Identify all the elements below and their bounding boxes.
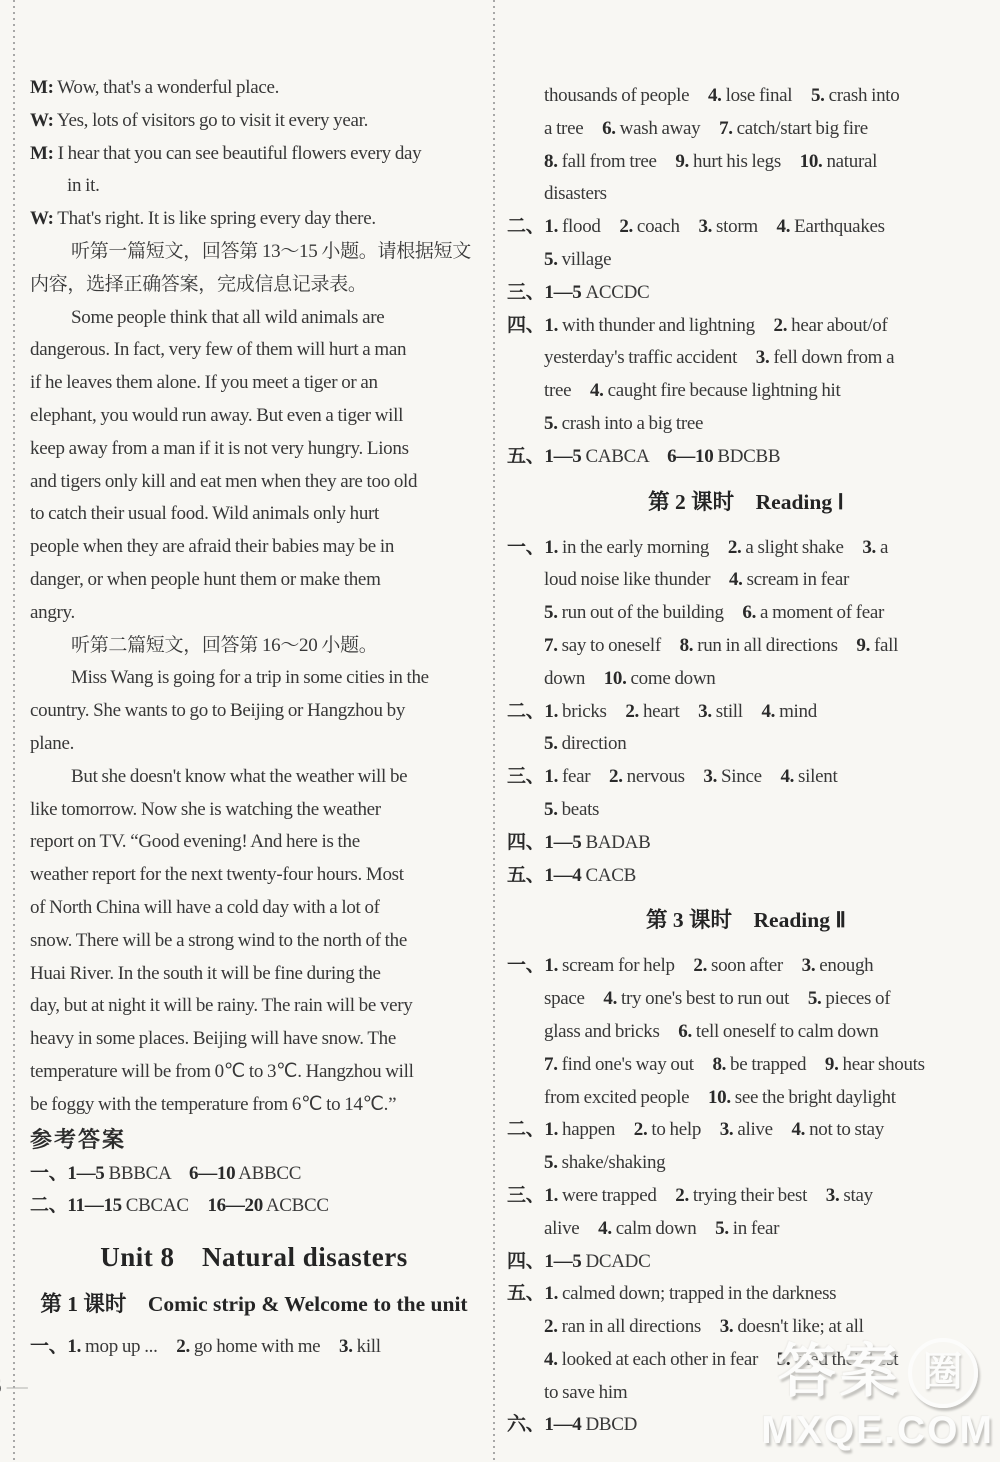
text-line: and tigers only kill and eat men when th… xyxy=(30,466,478,499)
text-segment: go home with me xyxy=(190,1336,339,1357)
text-line: 听第二篇短文，回答第 16～20 小题。 xyxy=(30,630,478,663)
text-segment: disasters xyxy=(544,183,607,204)
text-line: But she doesn't know what the weather wi… xyxy=(30,761,478,794)
text-segment: 第 1 课时 Comic strip & Welcome to the unit xyxy=(40,1292,467,1316)
text-segment: CACB xyxy=(582,865,637,886)
text-segment: Since xyxy=(717,766,780,787)
answer-marker: 二、1. xyxy=(507,701,558,722)
answer-marker: 6—10 xyxy=(189,1163,235,1184)
answer-marker: 4. xyxy=(729,569,743,590)
text-segment: fall from tree xyxy=(558,151,676,172)
answer-marker: 7. xyxy=(544,1054,558,1075)
answer-marker: 10. xyxy=(708,1087,731,1108)
answer-marker: 2. xyxy=(619,216,633,237)
text-line: danger, or when people hunt them or make… xyxy=(30,564,478,597)
answer-marker: 4. xyxy=(590,380,604,401)
answer-marker: 7. xyxy=(719,118,733,139)
answer-marker: 五、1—5 xyxy=(507,446,582,467)
text-line: 5. village xyxy=(507,244,985,277)
text-segment: a xyxy=(876,537,888,558)
text-line: 五、1. calmed down; trapped in the darknes… xyxy=(507,1278,985,1311)
lesson3-heading: 第 3 课时 Reading Ⅱ xyxy=(507,902,985,938)
text-line: glass and bricks 6. tell oneself to calm… xyxy=(507,1016,985,1049)
answer-marker: 5. xyxy=(544,413,558,434)
text-segment: hear shouts xyxy=(839,1054,925,1075)
text-segment: try one's best to run out xyxy=(617,988,808,1009)
scanned-answer-page: M: Wow, that's a wonderful place.W: Yes,… xyxy=(0,0,1000,1462)
text-segment: natural xyxy=(823,151,878,172)
answer-marker: 2. xyxy=(544,1316,558,1337)
text-segment: Some people think that all wild animals … xyxy=(71,307,384,328)
text-segment: scream in fear xyxy=(743,569,849,590)
answer-marker: 5. xyxy=(544,733,558,754)
text-segment: DBCD xyxy=(582,1414,638,1435)
text-line: 四、1. with thunder and lightning 2. hear … xyxy=(507,310,985,343)
answer-marker: 5. xyxy=(811,85,825,106)
answer-marker: 4. xyxy=(603,988,617,1009)
text-segment: ABBCC xyxy=(235,1163,301,1184)
text-segment: trying their best xyxy=(689,1185,826,1206)
text-segment: a tree xyxy=(544,118,602,139)
text-line: Some people think that all wild animals … xyxy=(30,302,478,335)
answer-marker: 三、1. xyxy=(507,1185,558,1206)
answer-marker: 3. xyxy=(720,1316,734,1337)
text-line: 7. find one's way out 8. be trapped 9. h… xyxy=(507,1049,985,1082)
text-segment: come down xyxy=(627,668,716,689)
text-segment: in it. xyxy=(67,175,100,196)
text-line: 四、1—5 BADAB xyxy=(507,827,985,860)
text-segment: country. She wants to go to Beijing or H… xyxy=(30,700,405,721)
text-line: report on TV. “Good evening! And here is… xyxy=(30,826,478,859)
answer-marker: 四、1. xyxy=(507,315,558,336)
text-line: heavy in some places. Beijing will have … xyxy=(30,1023,478,1056)
text-line: a tree 6. wash away 7. catch/start big f… xyxy=(507,113,985,146)
answer-marker: 2. xyxy=(609,766,623,787)
text-line: W: That's right. It is like spring every… xyxy=(30,203,478,236)
text-line: yesterday's traffic accident 3. fell dow… xyxy=(507,342,985,375)
page-number-value: 6 xyxy=(0,1374,2,1398)
answer-marker: 5. xyxy=(808,988,822,1009)
text-segment: 第 3 课时 Reading Ⅱ xyxy=(646,908,846,932)
text-segment: ACBCC xyxy=(263,1195,329,1216)
text-segment: fall xyxy=(870,635,898,656)
answer-marker: 6. xyxy=(602,118,616,139)
text-line: 三、1—5 ACCDC xyxy=(507,277,985,310)
answer-marker: 6. xyxy=(742,602,756,623)
text-line: 5. beats xyxy=(507,794,985,827)
text-line: people when they are afraid their babies… xyxy=(30,531,478,564)
answer-marker: 8. xyxy=(680,635,694,656)
left-column: M: Wow, that's a wonderful place.W: Yes,… xyxy=(30,72,478,1364)
answer-marker: 2. xyxy=(728,537,742,558)
answer-marker: 10. xyxy=(800,151,823,172)
text-segment: hear about/of xyxy=(787,315,887,336)
answer-marker: 6—10 xyxy=(667,446,713,467)
answer-marker: 9. xyxy=(856,635,870,656)
text-line: 一、1. in the early morning 2. a slight sh… xyxy=(507,532,985,565)
text-line: from excited people 10. see the bright d… xyxy=(507,1082,985,1115)
answer-marker: 二、1. xyxy=(507,1119,558,1140)
reference-answers-heading: 参考答案 xyxy=(30,1122,478,1158)
text-segment: doesn't like; at all xyxy=(733,1316,863,1337)
text-segment: alive xyxy=(733,1119,791,1140)
text-segment: Miss Wang is going for a trip in some ci… xyxy=(71,667,429,688)
answer-marker: 5. xyxy=(544,1152,558,1173)
text-line: M: Wow, that's a wonderful place. xyxy=(30,72,478,105)
text-segment: hurt his legs xyxy=(689,151,800,172)
text-segment: in fear xyxy=(729,1218,779,1239)
text-segment: bricks xyxy=(558,701,625,722)
answer-marker: W: xyxy=(30,110,54,131)
text-segment: ACCDC xyxy=(582,282,650,303)
text-line: in it. xyxy=(30,170,478,203)
text-segment: to help xyxy=(647,1119,719,1140)
answer-marker: 2. xyxy=(675,1185,689,1206)
text-segment: glass and bricks xyxy=(544,1021,678,1042)
text-segment: scream for help xyxy=(558,955,693,976)
text-segment: run out of the building xyxy=(558,602,743,623)
text-line: Huai River. In the south it will be fine… xyxy=(30,958,478,991)
text-segment: to catch their usual food. Wild animals … xyxy=(30,503,379,524)
watermark-cn-text: 答案圈 xyxy=(761,1338,994,1408)
answer-marker: M: xyxy=(30,143,54,164)
text-segment: tree xyxy=(544,380,590,401)
text-segment: a moment of fear xyxy=(756,602,884,623)
answer-marker: 2. xyxy=(625,701,639,722)
text-segment: happen xyxy=(558,1119,634,1140)
answer-marker: 2. xyxy=(634,1119,648,1140)
answer-marker: 4. xyxy=(777,216,791,237)
text-segment: catch/start big fire xyxy=(733,118,868,139)
text-segment: space xyxy=(544,988,603,1009)
answer-marker: 六、1—4 xyxy=(507,1414,582,1435)
text-line: dangerous. In fact, very few of them wil… xyxy=(30,334,478,367)
lesson1-heading: 第 1 课时 Comic strip & Welcome to the unit xyxy=(30,1287,478,1321)
text-line: loud noise like thunder 4. scream in fea… xyxy=(507,564,985,597)
answer-marker: 4. xyxy=(791,1119,805,1140)
text-segment: angry. xyxy=(30,602,75,623)
text-segment: snow. There will be a strong wind to the… xyxy=(30,930,407,951)
text-segment: and tigers only kill and eat men when th… xyxy=(30,471,417,492)
text-segment: I hear that you can see beautiful flower… xyxy=(54,143,422,164)
text-segment: 内容，选择正确答案，完成信息记录表。 xyxy=(30,274,367,295)
text-line: keep away from a man if it is not very h… xyxy=(30,433,478,466)
answer-marker: 五、1—4 xyxy=(507,865,582,886)
text-segment: like tomorrow. Now she is watching the w… xyxy=(30,799,381,820)
text-segment: crash into xyxy=(825,85,900,106)
text-segment: dangerous. In fact, very few of them wil… xyxy=(30,339,406,360)
text-segment: soon after xyxy=(707,955,802,976)
text-line: elephant, you would run away. But even a… xyxy=(30,400,478,433)
text-line: 五、1—5 CABCA 6—10 BDCBB xyxy=(507,441,985,474)
answer-marker: 7. xyxy=(544,635,558,656)
answer-marker: 9. xyxy=(675,151,689,172)
text-segment: Yes, lots of visitors go to visit it eve… xyxy=(54,110,368,131)
answer-marker: 一、1. xyxy=(507,537,558,558)
text-segment: thousands of people xyxy=(544,85,708,106)
text-line: 5. run out of the building 6. a moment o… xyxy=(507,597,985,630)
text-segment: a slight shake xyxy=(741,537,862,558)
text-segment: DCADC xyxy=(582,1251,651,1272)
text-segment: 听第一篇短文，回答第 13～15 小题。请根据短文 xyxy=(71,241,471,262)
text-line: 7. say to oneself 8. run in all directio… xyxy=(507,630,985,663)
text-line: 三、1. fear 2. nervous 3. Since 4. silent xyxy=(507,761,985,794)
answer-marker: 3. xyxy=(756,347,770,368)
text-line: thousands of people 4. lose final 5. cra… xyxy=(507,80,985,113)
text-segment: report on TV. “Good evening! And here is… xyxy=(30,831,360,852)
left-dotted-rule xyxy=(13,0,15,1462)
text-segment: fear xyxy=(558,766,609,787)
text-segment: from excited people xyxy=(544,1087,708,1108)
text-line: day, but at night it will be rainy. The … xyxy=(30,990,478,1023)
text-segment: 参考答案 xyxy=(30,1127,126,1152)
text-segment: temperature will be from 0℃ to 3℃. Hangz… xyxy=(30,1061,414,1082)
answer-marker: 一、1. xyxy=(507,955,558,976)
text-segment: crash into a big tree xyxy=(558,413,703,434)
text-line: W: Yes, lots of visitors go to visit it … xyxy=(30,105,478,138)
text-segment: enough xyxy=(815,955,873,976)
answer-marker: 二、11—15 xyxy=(30,1195,122,1216)
text-segment: calm down xyxy=(612,1218,715,1239)
text-segment: storm xyxy=(712,216,776,237)
text-segment: in the early morning xyxy=(558,537,728,558)
watermark-circle-badge: 圈 xyxy=(908,1338,978,1408)
text-segment: to save him xyxy=(544,1382,627,1403)
text-segment: But she doesn't know what the weather wi… xyxy=(71,766,407,787)
answer-marker: 4. xyxy=(598,1218,612,1239)
answer-marker: 2. xyxy=(176,1336,190,1357)
answer-marker: 四、1—5 xyxy=(507,1251,582,1272)
unit-heading: Unit 8 Natural disasters xyxy=(30,1237,478,1277)
text-line: angry. xyxy=(30,597,478,630)
text-line: 二、1. flood 2. coach 3. storm 4. Earthqua… xyxy=(507,211,985,244)
answer-marker: 4. xyxy=(708,85,722,106)
watermark: 答案圈 MXQE.COM xyxy=(761,1338,994,1454)
column-divider-dotted-rule xyxy=(493,0,495,1462)
answer-marker: 16—20 xyxy=(207,1195,263,1216)
text-segment: BBBCA xyxy=(105,1163,190,1184)
text-line: down 10. come down xyxy=(507,663,985,696)
text-line: tree 4. caught fire because lightning hi… xyxy=(507,375,985,408)
answer-marker: 9. xyxy=(825,1054,839,1075)
text-segment: plane. xyxy=(30,733,74,754)
answer-marker: 3. xyxy=(862,537,876,558)
answer-marker: 5. xyxy=(544,602,558,623)
text-segment: mop up ... xyxy=(81,1336,176,1357)
text-segment: if he leaves them alone. If you meet a t… xyxy=(30,372,378,393)
text-line: 三、1. were trapped 2. trying their best 3… xyxy=(507,1180,985,1213)
answer-marker: 三、1. xyxy=(507,766,558,787)
text-line: disasters xyxy=(507,178,985,211)
text-line: country. She wants to go to Beijing or H… xyxy=(30,695,478,728)
text-segment: say to oneself xyxy=(558,635,680,656)
text-segment: mind xyxy=(775,701,817,722)
answer-marker: 8. xyxy=(544,151,558,172)
answer-marker: 6. xyxy=(678,1021,692,1042)
text-segment: people when they are afraid their babies… xyxy=(30,536,394,557)
lesson2-heading: 第 2 课时 Reading Ⅰ xyxy=(507,484,985,520)
text-segment: direction xyxy=(558,733,627,754)
text-line: 一、1. mop up ... 2. go home with me 3. ki… xyxy=(30,1331,478,1364)
text-segment: alive xyxy=(544,1218,598,1239)
text-segment: find one's way out xyxy=(558,1054,713,1075)
text-line: 听第一篇短文，回答第 13～15 小题。请根据短文 xyxy=(30,236,478,269)
answer-marker: 5. xyxy=(544,799,558,820)
text-segment: be trapped xyxy=(726,1054,825,1075)
text-line: 5. direction xyxy=(507,728,985,761)
text-segment: be foggy with the temperature from 6℃ to… xyxy=(30,1094,396,1115)
answer-marker: 4. xyxy=(761,701,775,722)
text-segment: fell down from a xyxy=(769,347,894,368)
text-line: M: I hear that you can see beautiful flo… xyxy=(30,138,478,171)
text-segment: CABCA xyxy=(582,446,668,467)
right-column: thousands of people 4. lose final 5. cra… xyxy=(507,80,985,1442)
text-line: like tomorrow. Now she is watching the w… xyxy=(30,794,478,827)
text-segment: calmed down; trapped in the darkness xyxy=(558,1283,836,1304)
text-segment: BDCBB xyxy=(713,446,780,467)
text-line: temperature will be from 0℃ to 3℃. Hangz… xyxy=(30,1056,478,1089)
answer-marker: 3. xyxy=(698,216,712,237)
answer-marker: 2. xyxy=(693,955,707,976)
answer-marker: M: xyxy=(30,77,54,98)
text-line: weather report for the next twenty-four … xyxy=(30,859,478,892)
page-number-dash: — xyxy=(7,1374,28,1398)
text-line: 五、1—4 CACB xyxy=(507,860,985,893)
text-segment: heart xyxy=(639,701,698,722)
answer-marker: 四、1—5 xyxy=(507,832,582,853)
text-line: 8. fall from tree 9. hurt his legs 10. n… xyxy=(507,146,985,179)
text-line: 一、1. scream for help 2. soon after 3. en… xyxy=(507,950,985,983)
answer-marker: W: xyxy=(30,208,54,229)
text-segment: 听第二篇短文，回答第 16～20 小题。 xyxy=(71,635,378,656)
text-segment: nervous xyxy=(623,766,704,787)
text-segment: village xyxy=(558,249,612,270)
answer-marker: 4. xyxy=(780,766,794,787)
text-segment: wash away xyxy=(616,118,719,139)
text-segment: were trapped xyxy=(558,1185,675,1206)
text-line: of North China will have a cold day with… xyxy=(30,892,478,925)
text-line: Miss Wang is going for a trip in some ci… xyxy=(30,662,478,695)
text-segment: run in all directions xyxy=(693,635,856,656)
answer-marker: 5. xyxy=(544,249,558,270)
text-line: 5. shake/shaking xyxy=(507,1147,985,1180)
answer-marker: 一、1—5 xyxy=(30,1163,105,1184)
text-line: be foggy with the temperature from 6℃ to… xyxy=(30,1089,478,1122)
answer-marker: 五、1. xyxy=(507,1283,558,1304)
watermark-domain-text: MXQE.COM xyxy=(761,1408,994,1454)
text-line: plane. xyxy=(30,728,478,761)
text-segment: BADAB xyxy=(582,832,651,853)
answer-marker: 4. xyxy=(544,1349,558,1370)
text-segment: still xyxy=(712,701,762,722)
text-line: if he leaves them alone. If you meet a t… xyxy=(30,367,478,400)
answer-marker: 三、1—5 xyxy=(507,282,582,303)
answer-marker: 一、1. xyxy=(30,1336,81,1357)
text-line: 一、1—5 BBBCA 6—10 ABBCC xyxy=(30,1158,478,1191)
text-line: 5. crash into a big tree xyxy=(507,408,985,441)
text-segment: That's right. It is like spring every da… xyxy=(54,208,376,229)
text-segment: pieces of xyxy=(821,988,890,1009)
text-segment: kill xyxy=(353,1336,381,1357)
text-segment: elephant, you would run away. But even a… xyxy=(30,405,403,426)
answer-marker: 3. xyxy=(339,1336,353,1357)
text-line: snow. There will be a strong wind to the… xyxy=(30,925,478,958)
answer-marker: 3. xyxy=(698,701,712,722)
text-segment: keep away from a man if it is not very h… xyxy=(30,438,409,459)
text-line: 四、1—5 DCADC xyxy=(507,1246,985,1279)
text-segment: shake/shaking xyxy=(558,1152,666,1173)
text-segment: day, but at night it will be rainy. The … xyxy=(30,995,413,1016)
answer-marker: 2. xyxy=(774,315,788,336)
text-segment: tell oneself to calm down xyxy=(692,1021,879,1042)
page-number: 6 — xyxy=(0,1374,28,1399)
text-line: to catch their usual food. Wild animals … xyxy=(30,498,478,531)
text-segment: see the bright daylight xyxy=(731,1087,896,1108)
text-line: 二、1. bricks 2. heart 3. still 4. mind xyxy=(507,696,985,729)
text-segment: of North China will have a cold day with… xyxy=(30,897,380,918)
answer-marker: 二、1. xyxy=(507,216,558,237)
text-segment: beats xyxy=(558,799,600,820)
answer-marker: 3. xyxy=(703,766,717,787)
text-line: 二、11—15 CBCAC 16—20 ACBCC xyxy=(30,1190,478,1223)
text-line: alive 4. calm down 5. in fear xyxy=(507,1213,985,1246)
text-line: space 4. try one's best to run out 5. pi… xyxy=(507,983,985,1016)
text-segment: stay xyxy=(839,1185,872,1206)
text-segment: lose final xyxy=(722,85,811,106)
answer-marker: 3. xyxy=(826,1185,840,1206)
answer-marker: 3. xyxy=(720,1119,734,1140)
text-segment: loud noise like thunder xyxy=(544,569,729,590)
text-segment: CBCAC xyxy=(122,1195,208,1216)
text-segment: Huai River. In the south it will be fine… xyxy=(30,963,381,984)
text-segment: looked at each other in fear xyxy=(558,1349,777,1370)
text-segment: Earthquakes xyxy=(790,216,885,237)
answer-marker: 3. xyxy=(802,955,816,976)
text-segment: weather report for the next twenty-four … xyxy=(30,864,404,885)
text-segment: Unit 8 Natural disasters xyxy=(100,1242,408,1272)
text-segment: caught fire because lightning hit xyxy=(604,380,841,401)
answer-marker: 10. xyxy=(604,668,627,689)
text-segment: flood xyxy=(558,216,619,237)
text-line: 二、1. happen 2. to help 3. alive 4. not t… xyxy=(507,1114,985,1147)
answer-marker: 8. xyxy=(712,1054,726,1075)
text-segment: danger, or when people hunt them or make… xyxy=(30,569,381,590)
text-segment: silent xyxy=(794,766,837,787)
text-segment: ran in all directions xyxy=(558,1316,720,1337)
text-segment: yesterday's traffic accident xyxy=(544,347,756,368)
text-segment: coach xyxy=(633,216,698,237)
text-segment: heavy in some places. Beijing will have … xyxy=(30,1028,396,1049)
answer-marker: 5. xyxy=(715,1218,729,1239)
text-segment: not to stay xyxy=(805,1119,884,1140)
text-line: 内容，选择正确答案，完成信息记录表。 xyxy=(30,269,478,302)
text-segment: with thunder and lightning xyxy=(558,315,773,336)
text-segment: down xyxy=(544,668,604,689)
text-segment: Wow, that's a wonderful place. xyxy=(54,77,279,98)
text-segment: 第 2 课时 Reading Ⅰ xyxy=(648,490,844,514)
